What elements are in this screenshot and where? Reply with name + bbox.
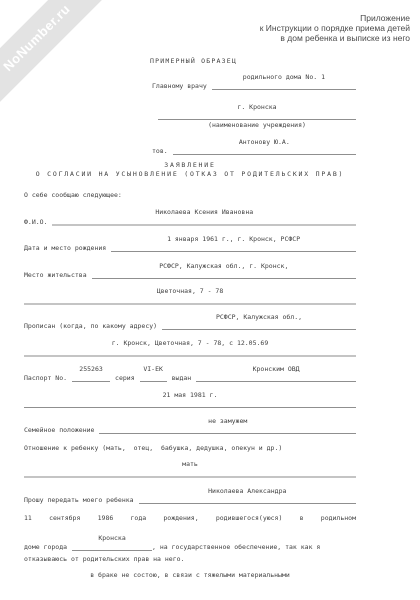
fio-value: Николаева Ксения Ивановна [52,209,356,216]
watermark-ribbon: NoNumber.ru [0,0,135,136]
addressee-person-row: тов. Антонову Ю.А. [152,145,356,155]
home-city-value: Кронска [72,535,152,542]
passport-issued-blank: Кронским ОВД [196,372,356,382]
passport-issued-label: выдан [172,374,192,382]
body-city-row: доме города Кронска , на государственное… [24,541,356,551]
registration-label: Прописан (когда, по какому адресу) [24,322,157,330]
residence-line2: Цветочная, 7 - 78 [24,293,356,305]
relation-label: Отношение к ребенку (мать, отец, бабушка… [24,444,356,452]
addressee-person-value: Антонову Ю.А. [173,139,356,146]
child-value: Николаева Александра [139,488,356,495]
addressee-to-value: родильного дома No. 1 [212,74,356,81]
relation-line: мать [24,466,356,478]
body-refusal-line: отказываюсь от родительских прав на него… [24,555,356,563]
intro-line: О себе сообщаю следующее: [24,191,122,199]
fio-blank: Николаева Ксения Ивановна [52,215,356,226]
field-registration: Прописан (когда, по какому адресу) РСФСР… [24,320,356,330]
passport-series-value: VI-ЕК [140,366,167,373]
field-fio: Ф.И.О. Николаева Ксения Ивановна [24,215,356,226]
home-city-blank: Кронска [72,541,152,551]
passport-issued-value: Кронским ОВД [196,366,356,373]
registration-value-line2: г. Кронск, Цветочная, 7 - 78, с 12.05.69 [24,340,356,347]
addressee-to-blank: родильного дома No. 1 [212,80,356,90]
passport-series-label: серия [115,374,135,382]
field-passport: Паспорт No. 255263 серия VI-ЕК выдан Кро… [24,372,356,382]
birth-label: Дата и место рождения [24,244,106,252]
passport-number-value: 255263 [72,366,110,373]
addressee-to-label: Главному врачу [152,82,207,90]
document-subtitle: О СОГЛАСИИ НА УСЫНОВЛЕНИЕ (ОТКАЗ ОТ РОДИ… [24,170,356,178]
residence-label: Место жительства [24,271,87,279]
addressee-person-label: тов. [152,147,168,155]
addressee-org-line: г. Кронска [158,109,356,120]
reason-value: в браке не состою, в связи с тяжелыми ма… [24,571,356,579]
appendix-note-line: Приложение [260,13,410,23]
marital-blank: не замужем [99,424,356,434]
addressee-to-row: Главному врачу родильного дома No. 1 [152,80,356,90]
passport-issued-line2: 21 мая 1981 г. [24,397,356,408]
marital-label: Семейное положение [24,426,94,434]
field-birth: Дата и место рождения 1 января 1961 г., … [24,242,356,252]
addressee-org-caption: (наименование учреждения) [158,121,356,129]
appendix-note-line: к Инструкции о порядке приема детей [260,23,410,33]
home-city-label: доме города [24,543,67,551]
registration-blank: РСФСР, Калужская обл., [162,320,356,330]
body-birth-date-line: 11 сентября 1986 года рождения, родившег… [24,514,356,522]
after-city-text: , на государственное обеспечение, так ка… [152,543,320,551]
residence-blank: РСФСР, Калужская обл., г. Кронск, [92,269,356,279]
relation-value: мать [24,461,356,468]
passport-series-blank: VI-ЕК [140,372,167,382]
document-title: ЗАЯВЛЕНИЕ [24,161,356,169]
fio-label: Ф.И.О. [24,218,47,226]
residence-value: РСФСР, Калужская обл., г. Кронск, [92,263,356,270]
birth-blank: 1 января 1961 г., г. Кронск, РСФСР [111,242,356,252]
passport-issued-value-line2: 21 мая 1981 г. [24,392,356,399]
appendix-note: Приложение к Инструкции о порядке приема… [260,13,410,43]
addressee-person-blank: Антонову Ю.А. [173,145,356,155]
passport-number-blank: 255263 [72,372,110,382]
document-page: NoNumber.ru Приложение к Инструкции о по… [0,0,420,600]
field-residence: Место жительства РСФСР, Калужская обл., … [24,269,356,279]
appendix-note-line: в дом ребенка и выписке из него [260,33,410,43]
field-child: Прошу передать моего ребенка Николаева А… [24,494,356,504]
birth-value: 1 января 1961 г., г. Кронск, РСФСР [111,236,356,243]
addressee-org-value: г. Кронска [158,104,356,111]
watermark-text: NoNumber.ru [3,4,71,72]
field-marital: Семейное положение не замужем [24,424,356,434]
child-label: Прошу передать моего ребенка [24,496,134,504]
marital-value: не замужем [99,418,356,425]
registration-line2: г. Кронск, Цветочная, 7 - 78, с 12.05.69 [24,345,356,357]
residence-value-line2: Цветочная, 7 - 78 [24,288,356,295]
child-blank: Николаева Александра [139,494,356,504]
registration-value: РСФСР, Калужская обл., [162,314,356,321]
passport-number-label: Паспорт No. [24,374,67,382]
sample-label: ПРИМЕРНЫЙ ОБРАЗЕЦ [150,57,237,65]
